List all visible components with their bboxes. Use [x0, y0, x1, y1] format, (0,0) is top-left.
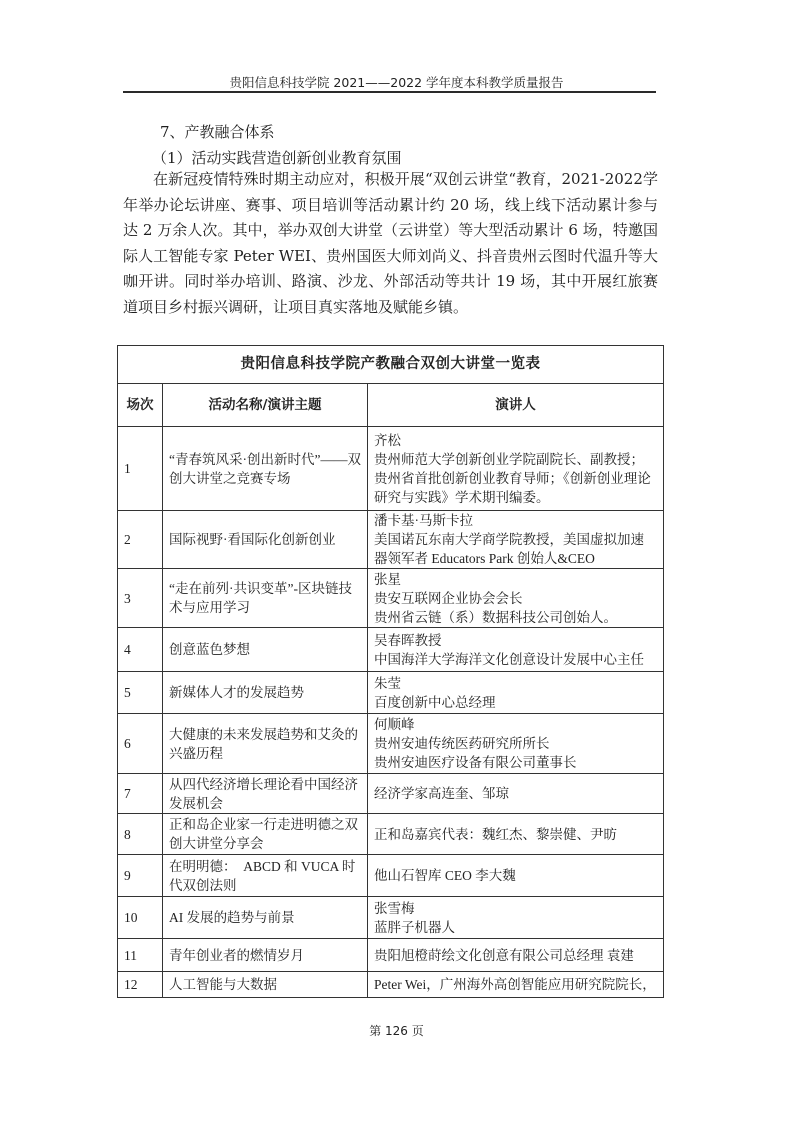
column-header-topic: 活动名称/演讲主题: [163, 384, 368, 427]
row-number: 11: [118, 939, 163, 972]
section-subheading: （1）活动实践营造创新创业教育氛围: [152, 147, 402, 168]
row-number: 5: [118, 672, 163, 714]
row-speaker: 张雪梅 蓝胖子机器人: [368, 897, 664, 939]
table-row: 4 创意蓝色梦想 吴春晖教授 中国海洋大学海洋文化创意设计发展中心主任: [118, 628, 664, 672]
speaker-line: 他山石智库 CEO 李大魏: [374, 866, 657, 885]
row-topic: 大健康的未来发展趋势和艾灸的兴盛历程: [163, 714, 368, 774]
body-paragraph: 在新冠疫情特殊时期主动应对，积极开展“双创云讲堂“教育，2021-2022学年举…: [123, 167, 658, 320]
table-row: 11 青年创业者的燃情岁月 贵阳旭橙莳绘文化创意有限公司总经理 袁建: [118, 939, 664, 972]
speaker-line: 潘卡基·马斯卡拉: [374, 511, 657, 530]
running-header: 贵阳信息科技学院 2021——2022 学年度本科教学质量报告: [0, 73, 793, 91]
table-row: 9 在明明德： ABCD 和 VUCA 时代双创法则 他山石智库 CEO 李大魏: [118, 855, 664, 897]
header-rule: [123, 91, 656, 93]
row-topic: 国际视野·看国际化创新创业: [163, 511, 368, 569]
section-heading: 7、产教融合体系: [160, 121, 275, 142]
paragraph-text: 在新冠疫情特殊时期主动应对，积极开展“双创云讲堂“教育，2021-2022学年举…: [123, 167, 658, 320]
speaker-line: 贵安互联网企业协会会长: [374, 589, 657, 608]
row-number: 2: [118, 511, 163, 569]
row-speaker: 朱莹 百度创新中心总经理: [368, 672, 664, 714]
table-row: 12 人工智能与大数据 Peter Wei，广州海外高创智能应用研究院院长，: [118, 972, 664, 998]
row-speaker: 张星 贵安互联网企业协会会长 贵州省云链（系）数据科技公司创始人。: [368, 569, 664, 628]
row-speaker: 贵阳旭橙莳绘文化创意有限公司总经理 袁建: [368, 939, 664, 972]
table-header-row: 场次 活动名称/演讲主题 演讲人: [118, 384, 664, 427]
table-title: 贵阳信息科技学院产教融合双创大讲堂一览表: [118, 346, 664, 384]
speaker-line: 何顺峰: [374, 715, 657, 734]
speaker-line: 朱莹: [374, 674, 657, 693]
speaker-line: 中国海洋大学海洋文化创意设计发展中心主任: [374, 650, 657, 669]
row-number: 10: [118, 897, 163, 939]
row-speaker: Peter Wei，广州海外高创智能应用研究院院长，: [368, 972, 664, 998]
speaker-line: 蓝胖子机器人: [374, 918, 657, 937]
speaker-line: 张雪梅: [374, 899, 657, 918]
row-number: 4: [118, 628, 163, 672]
lecture-table: 贵阳信息科技学院产教融合双创大讲堂一览表 场次 活动名称/演讲主题 演讲人 1 …: [117, 345, 664, 998]
speaker-line: 张星: [374, 570, 657, 589]
speaker-line: Peter Wei，广州海外高创智能应用研究院院长，: [374, 975, 657, 994]
row-speaker: 吴春晖教授 中国海洋大学海洋文化创意设计发展中心主任: [368, 628, 664, 672]
speaker-line: 贵州省首批创新创业教育导师；《创新创业理论研究与实践》学术期刊编委。: [374, 469, 657, 507]
row-topic: 从四代经济增长理论看中国经济发展机会: [163, 774, 368, 814]
row-topic: 正和岛企业家一行走进明德之双创大讲堂分享会: [163, 814, 368, 855]
speaker-line: 贵州师范大学创新创业学院副院长、副教授；: [374, 450, 657, 469]
speaker-line: 经济学家高连奎、邹琼: [374, 784, 657, 803]
table-row: 2 国际视野·看国际化创新创业 潘卡基·马斯卡拉 美国诺瓦东南大学商学院教授，美…: [118, 511, 664, 569]
table-row: 3 “走在前列·共识变革”-区块链技术与应用学习 张星 贵安互联网企业协会会长 …: [118, 569, 664, 628]
row-number: 9: [118, 855, 163, 897]
row-topic: 人工智能与大数据: [163, 972, 368, 998]
row-number: 12: [118, 972, 163, 998]
speaker-line: 贵阳旭橙莳绘文化创意有限公司总经理 袁建: [374, 946, 657, 965]
row-speaker: 他山石智库 CEO 李大魏: [368, 855, 664, 897]
row-topic: “走在前列·共识变革”-区块链技术与应用学习: [163, 569, 368, 628]
table-row: 1 “青春筑风采·创出新时代”——双创大讲堂之竞赛专场 齐松 贵州师范大学创新创…: [118, 427, 664, 511]
row-speaker: 正和岛嘉宾代表：魏红杰、黎崇健、尹昉: [368, 814, 664, 855]
row-number: 3: [118, 569, 163, 628]
column-header-no: 场次: [118, 384, 163, 427]
row-number: 8: [118, 814, 163, 855]
row-topic: 青年创业者的燃情岁月: [163, 939, 368, 972]
row-number: 6: [118, 714, 163, 774]
table-row: 5 新媒体人才的发展趋势 朱莹 百度创新中心总经理: [118, 672, 664, 714]
table-row: 7 从四代经济增长理论看中国经济发展机会 经济学家高连奎、邹琼: [118, 774, 664, 814]
row-number: 1: [118, 427, 163, 511]
speaker-line: 齐松: [374, 431, 657, 450]
column-header-speaker: 演讲人: [368, 384, 664, 427]
speaker-line: 美国诺瓦东南大学商学院教授，美国虚拟加速器领军者 Educators Park …: [374, 530, 657, 568]
speaker-line: 贵州安迪医疗设备有限公司董事长: [374, 753, 657, 772]
speaker-line: 吴春晖教授: [374, 631, 657, 650]
row-speaker: 齐松 贵州师范大学创新创业学院副院长、副教授； 贵州省首批创新创业教育导师；《创…: [368, 427, 664, 511]
table-row: 8 正和岛企业家一行走进明德之双创大讲堂分享会 正和岛嘉宾代表：魏红杰、黎崇健、…: [118, 814, 664, 855]
page-number: 第 126 页: [0, 1022, 793, 1039]
row-speaker: 何顺峰 贵州安迪传统医药研究所所长 贵州安迪医疗设备有限公司董事长: [368, 714, 664, 774]
table-row: 10 AI 发展的趋势与前景 张雪梅 蓝胖子机器人: [118, 897, 664, 939]
row-speaker: 经济学家高连奎、邹琼: [368, 774, 664, 814]
speaker-line: 正和岛嘉宾代表：魏红杰、黎崇健、尹昉: [374, 825, 657, 844]
row-topic: 创意蓝色梦想: [163, 628, 368, 672]
row-topic: “青春筑风采·创出新时代”——双创大讲堂之竞赛专场: [163, 427, 368, 511]
speaker-line: 贵州省云链（系）数据科技公司创始人。: [374, 608, 657, 627]
row-topic: AI 发展的趋势与前景: [163, 897, 368, 939]
speaker-line: 贵州安迪传统医药研究所所长: [374, 734, 657, 753]
row-number: 7: [118, 774, 163, 814]
row-speaker: 潘卡基·马斯卡拉 美国诺瓦东南大学商学院教授，美国虚拟加速器领军者 Educat…: [368, 511, 664, 569]
speaker-line: 百度创新中心总经理: [374, 693, 657, 712]
row-topic: 新媒体人才的发展趋势: [163, 672, 368, 714]
table-row: 6 大健康的未来发展趋势和艾灸的兴盛历程 何顺峰 贵州安迪传统医药研究所所长 贵…: [118, 714, 664, 774]
row-topic: 在明明德： ABCD 和 VUCA 时代双创法则: [163, 855, 368, 897]
